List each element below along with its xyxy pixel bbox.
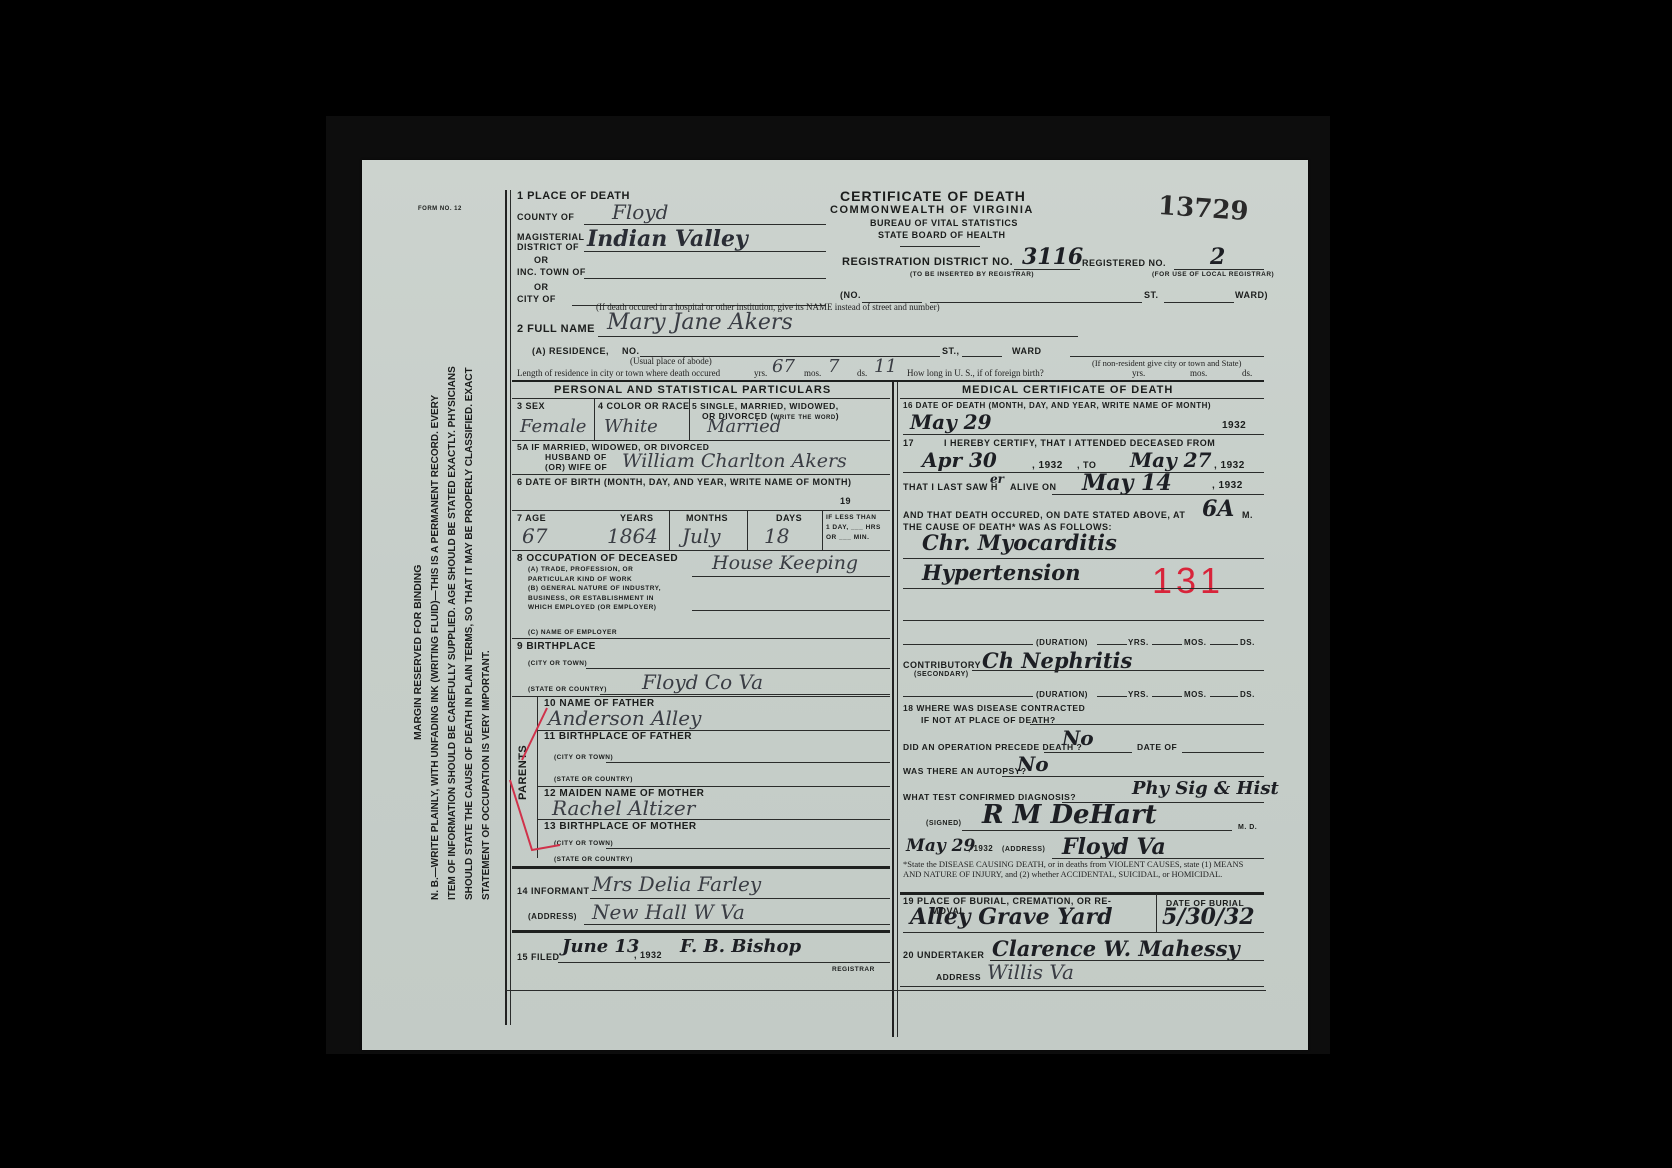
attended-from: Apr 30 [922,448,997,472]
date-of-death: May 29 [910,410,992,434]
cause-line-1: Chr. Myocarditis [922,530,1117,555]
physician-address: Floyd Va [1062,834,1166,860]
death-time: 6A [1202,496,1234,522]
signed-date: May 29 [906,836,975,856]
margin-instruction-2: ITEM OF INFORMATION SHOULD BE CAREFULLY … [447,366,458,900]
registration-district-value: 3116 [1022,244,1083,270]
frame-left-outer [505,190,507,1025]
column-divider [892,382,894,1037]
residence-months: 7 [828,356,839,377]
informant-value: Mrs Delia Farley [592,872,761,896]
operation-value: No [1062,726,1094,750]
test-value: Phy Sig & Hist [1132,778,1279,799]
autopsy-value: No [1017,752,1049,776]
residence-years: 67 [772,356,795,377]
birthplace-value: Floyd Co Va [642,670,763,694]
margin-instruction-4: STATEMENT OF OCCUPATION IS VERY IMPORTAN… [481,650,492,900]
birth-month: July [682,524,721,548]
cause-line-2: Hypertension [922,560,1081,585]
birth-year: 1864 [607,524,658,548]
county-value: Floyd [612,200,668,224]
occupation-value: House Keeping [712,552,858,574]
physician-signature: R M DeHart [982,800,1157,830]
frame-left-inner [510,190,511,1025]
last-saw-date: May 14 [1082,470,1172,496]
marital-value: Married [707,416,781,437]
full-name-value: Mary Jane Akers [607,310,793,335]
death-certificate: FORM NO. 12 MARGIN RESERVED FOR BINDING … [362,160,1308,1050]
personal-heading: PERSONAL AND STATISTICAL PARTICULARS [554,384,831,396]
burial-date: 5/30/32 [1162,904,1255,930]
sex-value: Female [520,416,586,437]
registered-no-value: 2 [1210,244,1225,270]
board-label: STATE BOARD OF HEALTH [878,230,1006,240]
mother-value: Rachel Altizer [552,796,695,820]
district-value: Indian Valley [587,226,748,252]
red-checkmark-icon [502,700,562,860]
red-code: 131 [1152,560,1224,602]
margin-binding-note: MARGIN RESERVED FOR BINDING [412,565,424,740]
town-label: INC. TOWN OF [517,267,586,277]
city-label: CITY OF [517,294,556,304]
full-name-label: 2 FULL NAME [517,323,595,335]
race-value: White [604,416,658,437]
birth-day: 18 [764,524,789,548]
filed-registrar: F. B. Bishop [680,936,801,957]
form-number: FORM NO. 12 [418,206,462,212]
county-label: COUNTY OF [517,212,574,222]
burial-place: Alley Grave Yard [910,904,1113,930]
margin-instruction-1: N. B.—WRITE PLAINLY, WITH UNFADING INK (… [430,395,441,900]
age-value: 67 [522,524,547,548]
certificate-title: CERTIFICATE OF DEATH [840,188,1026,204]
registration-district-label: REGISTRATION DISTRICT NO. [842,256,1013,268]
registered-no-label: REGISTERED NO. [1082,258,1166,268]
footnote: *State the DISEASE CAUSING DEATH, or in … [903,860,1263,879]
undertaker-address: Willis Va [987,960,1074,984]
undertaker-value: Clarence W. Mahessy [992,936,1240,961]
bureau-label: BUREAU OF VITAL STATISTICS [870,218,1018,228]
father-value: Anderson Alley [548,706,701,730]
certificate-subtitle: COMMONWEALTH OF VIRGINIA [830,204,1034,216]
informant-address-value: New Hall W Va [592,900,745,924]
spouse-value: William Charlton Akers [622,450,847,472]
filed-date: June 13 [562,936,639,957]
district-label: MAGISTERIALDISTRICT OF [517,232,585,252]
residence-days: 11 [874,356,897,377]
medical-heading: MEDICAL CERTIFICATE OF DEATH [962,384,1173,396]
margin-instruction-3: SHOULD STATE THE CAUSE OF DEATH IN PLAIN… [464,367,475,900]
attended-to: May 27 [1130,448,1212,472]
certificate-number: 13729 [1157,191,1249,227]
